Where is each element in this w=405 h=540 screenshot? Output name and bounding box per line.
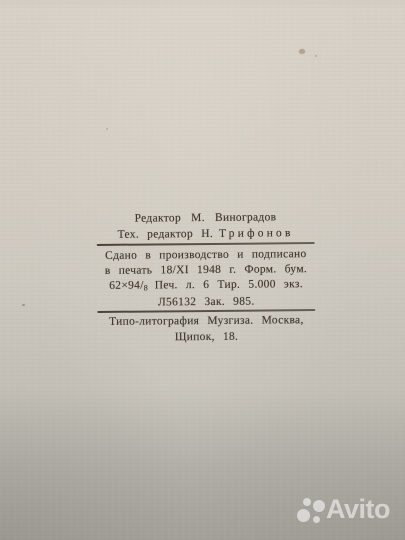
paper-speck bbox=[106, 128, 108, 130]
avito-logo-icon bbox=[292, 492, 323, 526]
colophon-block: Редактор М. Виноградов Тех. редактор Н.Т… bbox=[96, 210, 315, 346]
tech-editor-line: Тех. редактор Н.Трифонов bbox=[97, 226, 315, 243]
avito-watermark: Avito bbox=[292, 492, 390, 526]
paper-speck bbox=[315, 55, 317, 57]
avito-dot-small-top-left bbox=[303, 498, 311, 506]
tech-editor-name: Трифонов bbox=[219, 227, 294, 240]
tech-editor-prefix: Тех. редактор Н. bbox=[118, 227, 213, 240]
avito-dot-large-top-right bbox=[313, 500, 325, 512]
book-page-photo: Редактор М. Виноградов Тех. редактор Н.Т… bbox=[0, 0, 405, 540]
printer-line-1: Типо-литография Музгиза. Москва, bbox=[97, 313, 315, 330]
print-run-info: Печ. л. 6 Тир. 5.000 экз. bbox=[155, 278, 303, 291]
printer-line-2: Щипок, 18. bbox=[97, 329, 315, 346]
avito-watermark-label: Avito bbox=[326, 492, 390, 526]
paper-speck bbox=[22, 304, 25, 306]
avito-dot-small-bottom-right bbox=[313, 516, 320, 523]
paper-speck bbox=[299, 49, 305, 54]
imprint-format-line: 62×94/8Печ. л. 6 Тир. 5.000 экз. bbox=[97, 277, 315, 296]
paper-format-subscript: 8 bbox=[144, 284, 148, 293]
paper-format: 62×94/ bbox=[109, 280, 144, 292]
avito-dot-large-bottom-left bbox=[297, 509, 310, 522]
